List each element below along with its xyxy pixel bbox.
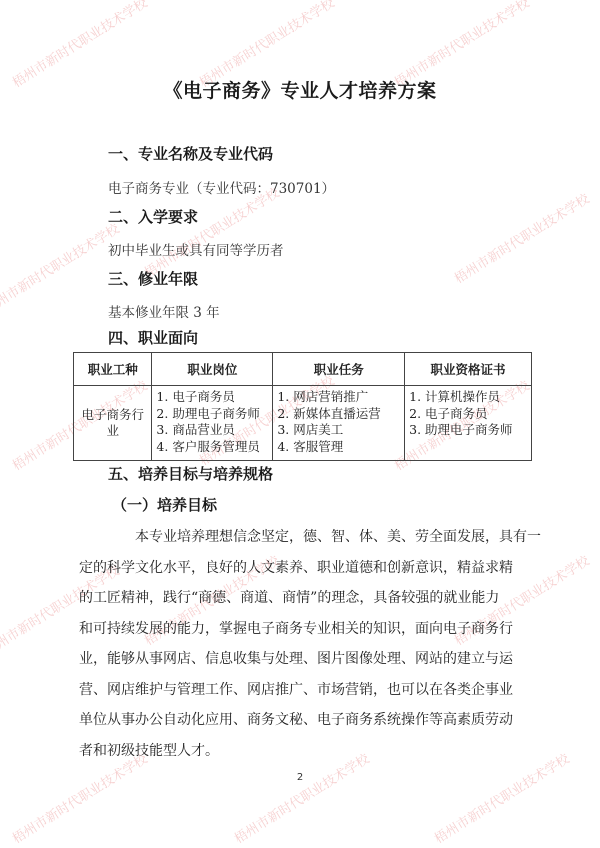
- certificate-item: 2. 电子商务员: [409, 406, 527, 423]
- paragraph-line: 者和初级技能型人才。: [80, 736, 496, 767]
- section-heading-duration: 三、修业年限: [108, 268, 198, 289]
- paragraph-line: 的工匠精神，践行“商德、商道、商情”的理念，具备较强的就业能力: [80, 583, 496, 614]
- section-heading-goals: 五、培养目标与培养规格: [108, 463, 273, 484]
- task-item: 1. 网店营销推广: [277, 389, 400, 406]
- watermark: 梧州市新时代职业技术学校: [140, 182, 282, 281]
- position-item: 3. 商品营业员: [156, 422, 268, 439]
- position-item: 4. 客户服务管理员: [156, 439, 268, 456]
- header-positions: 职业岗位: [152, 353, 273, 386]
- paragraph-line: 业，能够从事网店、信息收集与处理、图片图像处理、网站的建立与运: [80, 644, 496, 675]
- paragraph-line: 和可持续发展的能力，掌握电子商务专业相关的知识，面向电子商务行: [80, 614, 496, 645]
- paragraph-line: 本专业培养理想信念坚定，德、智、体、美、劳全面发展，具有一: [108, 522, 496, 553]
- section-heading-major-name: 一、专业名称及专业代码: [108, 143, 273, 164]
- header-occupation: 职业工种: [74, 353, 152, 386]
- task-item: 2. 新媒体直播运营: [277, 406, 400, 423]
- section-heading-admission: 二、入学要求: [108, 206, 198, 227]
- header-certificates: 职业资格证书: [405, 353, 532, 386]
- position-item: 2. 助理电子商务师: [156, 406, 268, 423]
- page-number: 2: [0, 772, 600, 783]
- task-item: 4. 客服管理: [277, 439, 400, 456]
- admission-text: 初中毕业生或具有同等学历者: [108, 239, 284, 259]
- paragraph-line: 营、网店维护与管理工作、网店推广、市场营销，也可以在各类企事业: [80, 675, 496, 706]
- certificate-item: 3. 助理电子商务师: [409, 422, 527, 439]
- cell-certificates: 1. 计算机操作员 2. 电子商务员 3. 助理电子商务师: [405, 386, 532, 461]
- major-name-text: 电子商务专业（专业代码：730701）: [108, 177, 335, 197]
- header-tasks: 职业任务: [273, 353, 405, 386]
- task-item: 3. 网店美工: [277, 422, 400, 439]
- section-heading-career: 四、职业面向: [108, 327, 198, 348]
- duration-text: 基本修业年限 3 年: [108, 301, 220, 321]
- document-title: 《电子商务》专业人才培养方案: [0, 76, 600, 103]
- table-header-row: 职业工种 职业岗位 职业任务 职业资格证书: [74, 353, 532, 386]
- watermark: 梧州市新时代职业技术学校: [0, 218, 122, 317]
- subsection-heading-training-goal: （一）培养目标: [112, 494, 217, 515]
- watermark: 梧州市新时代职业技术学校: [450, 188, 592, 287]
- cell-occupation: 电子商务行业: [74, 386, 152, 461]
- paragraph-line: 单位从事办公自动化应用、商务文秘、电子商务系统操作等高素质劳动: [80, 705, 496, 736]
- training-goal-paragraph: 本专业培养理想信念坚定，德、智、体、美、劳全面发展，具有一 定的科学文化水平，良…: [108, 522, 496, 766]
- career-table: 职业工种 职业岗位 职业任务 职业资格证书 电子商务行业 1. 电子商务员 2.…: [73, 352, 532, 461]
- certificate-item: 1. 计算机操作员: [409, 389, 527, 406]
- position-item: 1. 电子商务员: [156, 389, 268, 406]
- table-row: 电子商务行业 1. 电子商务员 2. 助理电子商务师 3. 商品营业员 4. 客…: [74, 386, 532, 461]
- paragraph-line: 定的科学文化水平，良好的人文素养、职业道德和创新意识，精益求精: [80, 553, 496, 584]
- cell-positions: 1. 电子商务员 2. 助理电子商务师 3. 商品营业员 4. 客户服务管理员: [152, 386, 273, 461]
- document-page: 梧州市新时代职业技术学校 梧州市新时代职业技术学校 梧州市新时代职业技术学校 梧…: [0, 0, 600, 848]
- cell-tasks: 1. 网店营销推广 2. 新媒体直播运营 3. 网店美工 4. 客服管理: [273, 386, 405, 461]
